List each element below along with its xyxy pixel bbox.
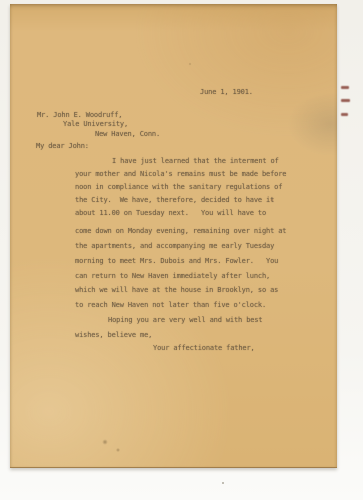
scanned-letter-background: June 1, 1901. Mr. John E. Woodruff, Yale…: [0, 0, 363, 500]
dust-speck: [222, 482, 224, 484]
closing-valediction: Your affectionate father,: [153, 344, 255, 352]
red-edge-mark: [341, 99, 350, 102]
letter-page: June 1, 1901. Mr. John E. Woodruff, Yale…: [10, 4, 337, 468]
body-line: your mother and Nicola's remains must be…: [75, 170, 286, 178]
salutation: My dear John:: [36, 142, 89, 150]
body-line: morning to meet Mrs. Dubois and Mrs. Fow…: [75, 257, 278, 265]
body-line: I have just learned that the interment o…: [112, 157, 279, 165]
body-line: come down on Monday evening, remaining o…: [75, 227, 286, 235]
letter-date: June 1, 1901.: [200, 88, 253, 96]
body-line: Hoping you are very well and with best: [108, 316, 262, 324]
red-edge-mark: [341, 86, 349, 89]
body-line: which we will have at the house in Brook…: [75, 286, 278, 294]
body-line: about 11.00 on Tuesday next. You will ha…: [75, 209, 266, 217]
body-line: the apartments, and accompanying me earl…: [75, 242, 274, 250]
red-edge-marks: [341, 86, 353, 126]
body-line: noon in compliance with the sanitary reg…: [75, 183, 282, 191]
recipient-city: New Haven, Conn.: [95, 130, 160, 138]
recipient-name: Mr. John E. Woodruff,: [37, 111, 122, 119]
body-line: wishes, believe me,: [75, 331, 152, 339]
body-line: to reach New Haven not later than five o…: [75, 301, 266, 309]
body-line: the City. We have, therefore, decided to…: [75, 196, 274, 204]
typewritten-text-layer: June 1, 1901. Mr. John E. Woodruff, Yale…: [10, 4, 337, 467]
red-edge-mark: [341, 113, 348, 116]
body-line: can return to New Haven immediately afte…: [75, 272, 270, 280]
recipient-institution: Yale University,: [63, 120, 128, 128]
